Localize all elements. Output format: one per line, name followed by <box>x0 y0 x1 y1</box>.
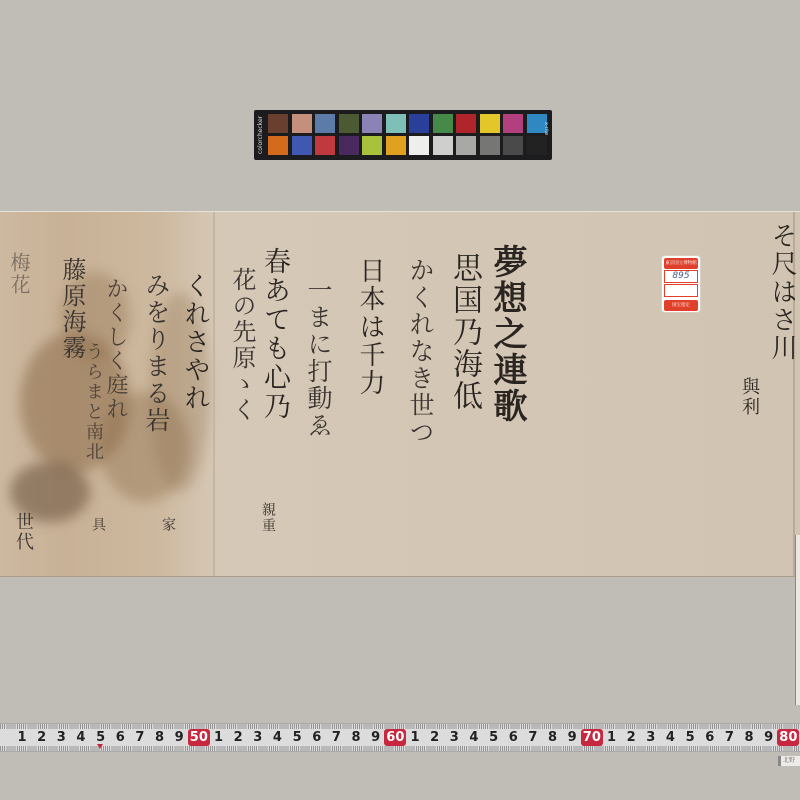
color-patch-grid <box>268 114 547 155</box>
color-patch <box>339 136 359 155</box>
ruler-label: 8 <box>150 729 170 746</box>
manuscript-line-right: そ尺はさ川 <box>764 222 800 362</box>
color-patch <box>268 136 288 155</box>
ruler-label: 4 <box>464 729 484 746</box>
color-patch <box>456 114 476 133</box>
color-patch <box>503 136 523 155</box>
ruler-label: 4 <box>267 729 287 746</box>
ruler-marker-icon <box>97 744 103 749</box>
color-patch <box>292 114 312 133</box>
ruler-label: 3 <box>641 729 661 746</box>
color-patch <box>433 114 453 133</box>
archive-label-number: 895 <box>664 270 698 283</box>
ruler-label: 50 <box>188 729 210 746</box>
manuscript-line: 思国乃海低 <box>442 252 486 412</box>
color-patch <box>292 136 312 155</box>
color-patch <box>503 114 523 133</box>
ruler-ticks-bottom <box>0 746 800 751</box>
ruler-label: 80 <box>777 729 799 746</box>
color-checker-card: colorchecker x-rite <box>254 110 552 160</box>
ruler-numbers: 1234567895012345678960123456789701234567… <box>0 729 800 746</box>
ruler-label: 3 <box>51 729 71 746</box>
manuscript-line: くれさやれ <box>177 272 214 412</box>
checker-side-label: x-rite <box>542 122 550 152</box>
ruler-label: 9 <box>759 729 779 746</box>
archive-label-header: 東京国立博物館 <box>664 258 698 269</box>
ruler-label: 1 <box>12 729 32 746</box>
ruler-label: 2 <box>621 729 641 746</box>
signature: 具 <box>88 517 108 533</box>
manuscript-title: 夢想之連歌 <box>483 244 532 424</box>
manuscript-line: 一まに打動ゑ <box>300 277 336 439</box>
ruler-label: 7 <box>523 729 543 746</box>
manuscript-line: かくれなき世つ <box>402 257 438 446</box>
corner-tag: 北野 <box>778 756 800 766</box>
ruler-label: 4 <box>660 729 680 746</box>
manuscript-line-right: 與利 <box>736 377 762 417</box>
color-patch <box>315 114 335 133</box>
color-patch <box>362 114 382 133</box>
ruler-label: 7 <box>326 729 346 746</box>
color-patch <box>456 136 476 155</box>
ruler-label: 70 <box>581 729 603 746</box>
ruler-label: 8 <box>346 729 366 746</box>
ruler-label: 5 <box>680 729 700 746</box>
ruler-label: 2 <box>425 729 445 746</box>
color-patch <box>362 136 382 155</box>
ruler-label: 1 <box>209 729 229 746</box>
manuscript-line: うらまと南北 <box>80 342 106 462</box>
measuring-tape: 1234567895012345678960123456789701234567… <box>0 723 800 752</box>
ruler-label: 6 <box>700 729 720 746</box>
ruler-label: 6 <box>307 729 327 746</box>
ruler-label: 8 <box>739 729 759 746</box>
ruler-label: 2 <box>228 729 248 746</box>
archive-label-blank <box>664 284 698 297</box>
color-patch <box>433 136 453 155</box>
signature: 家 <box>158 517 178 533</box>
ruler-label: 9 <box>562 729 582 746</box>
ruler-label: 2 <box>32 729 52 746</box>
ruler-label: 8 <box>543 729 563 746</box>
ruler-label: 3 <box>248 729 268 746</box>
ruler-label: 6 <box>110 729 130 746</box>
signature: 親重 <box>258 502 278 534</box>
color-patch <box>480 114 500 133</box>
mounting-strip <box>795 535 800 705</box>
ruler-label: 7 <box>130 729 150 746</box>
ruler-label: 9 <box>169 729 189 746</box>
color-patch <box>315 136 335 155</box>
color-patch <box>386 114 406 133</box>
color-patch <box>386 136 406 155</box>
ruler-label: 5 <box>484 729 504 746</box>
manuscript-line: 春あても心乃 <box>255 247 294 421</box>
ruler-label: 3 <box>444 729 464 746</box>
manuscript-line: みをりまる岩 <box>138 272 174 434</box>
manuscript-line: 花の先原ゝく <box>225 267 260 423</box>
ruler-label: 60 <box>384 729 406 746</box>
color-patch <box>268 114 288 133</box>
color-patch <box>409 114 429 133</box>
signature: 世代 <box>10 512 36 552</box>
archive-label-footer: 国宝指定 <box>664 300 698 311</box>
manuscript-line: 梅花 <box>5 252 34 296</box>
ruler-label: 6 <box>503 729 523 746</box>
ruler-label: 4 <box>71 729 91 746</box>
color-patch <box>339 114 359 133</box>
ruler-label: 1 <box>602 729 622 746</box>
archive-label: 東京国立博物館 895 国宝指定 <box>661 255 701 313</box>
checker-brand-label: colorchecker <box>256 112 266 158</box>
color-patch <box>480 136 500 155</box>
ruler-label: 7 <box>719 729 739 746</box>
color-patch <box>409 136 429 155</box>
ruler-label: 9 <box>366 729 386 746</box>
ruler-label: 5 <box>287 729 307 746</box>
ruler-label: 1 <box>405 729 425 746</box>
manuscript-line: 日本は千力 <box>352 257 389 397</box>
